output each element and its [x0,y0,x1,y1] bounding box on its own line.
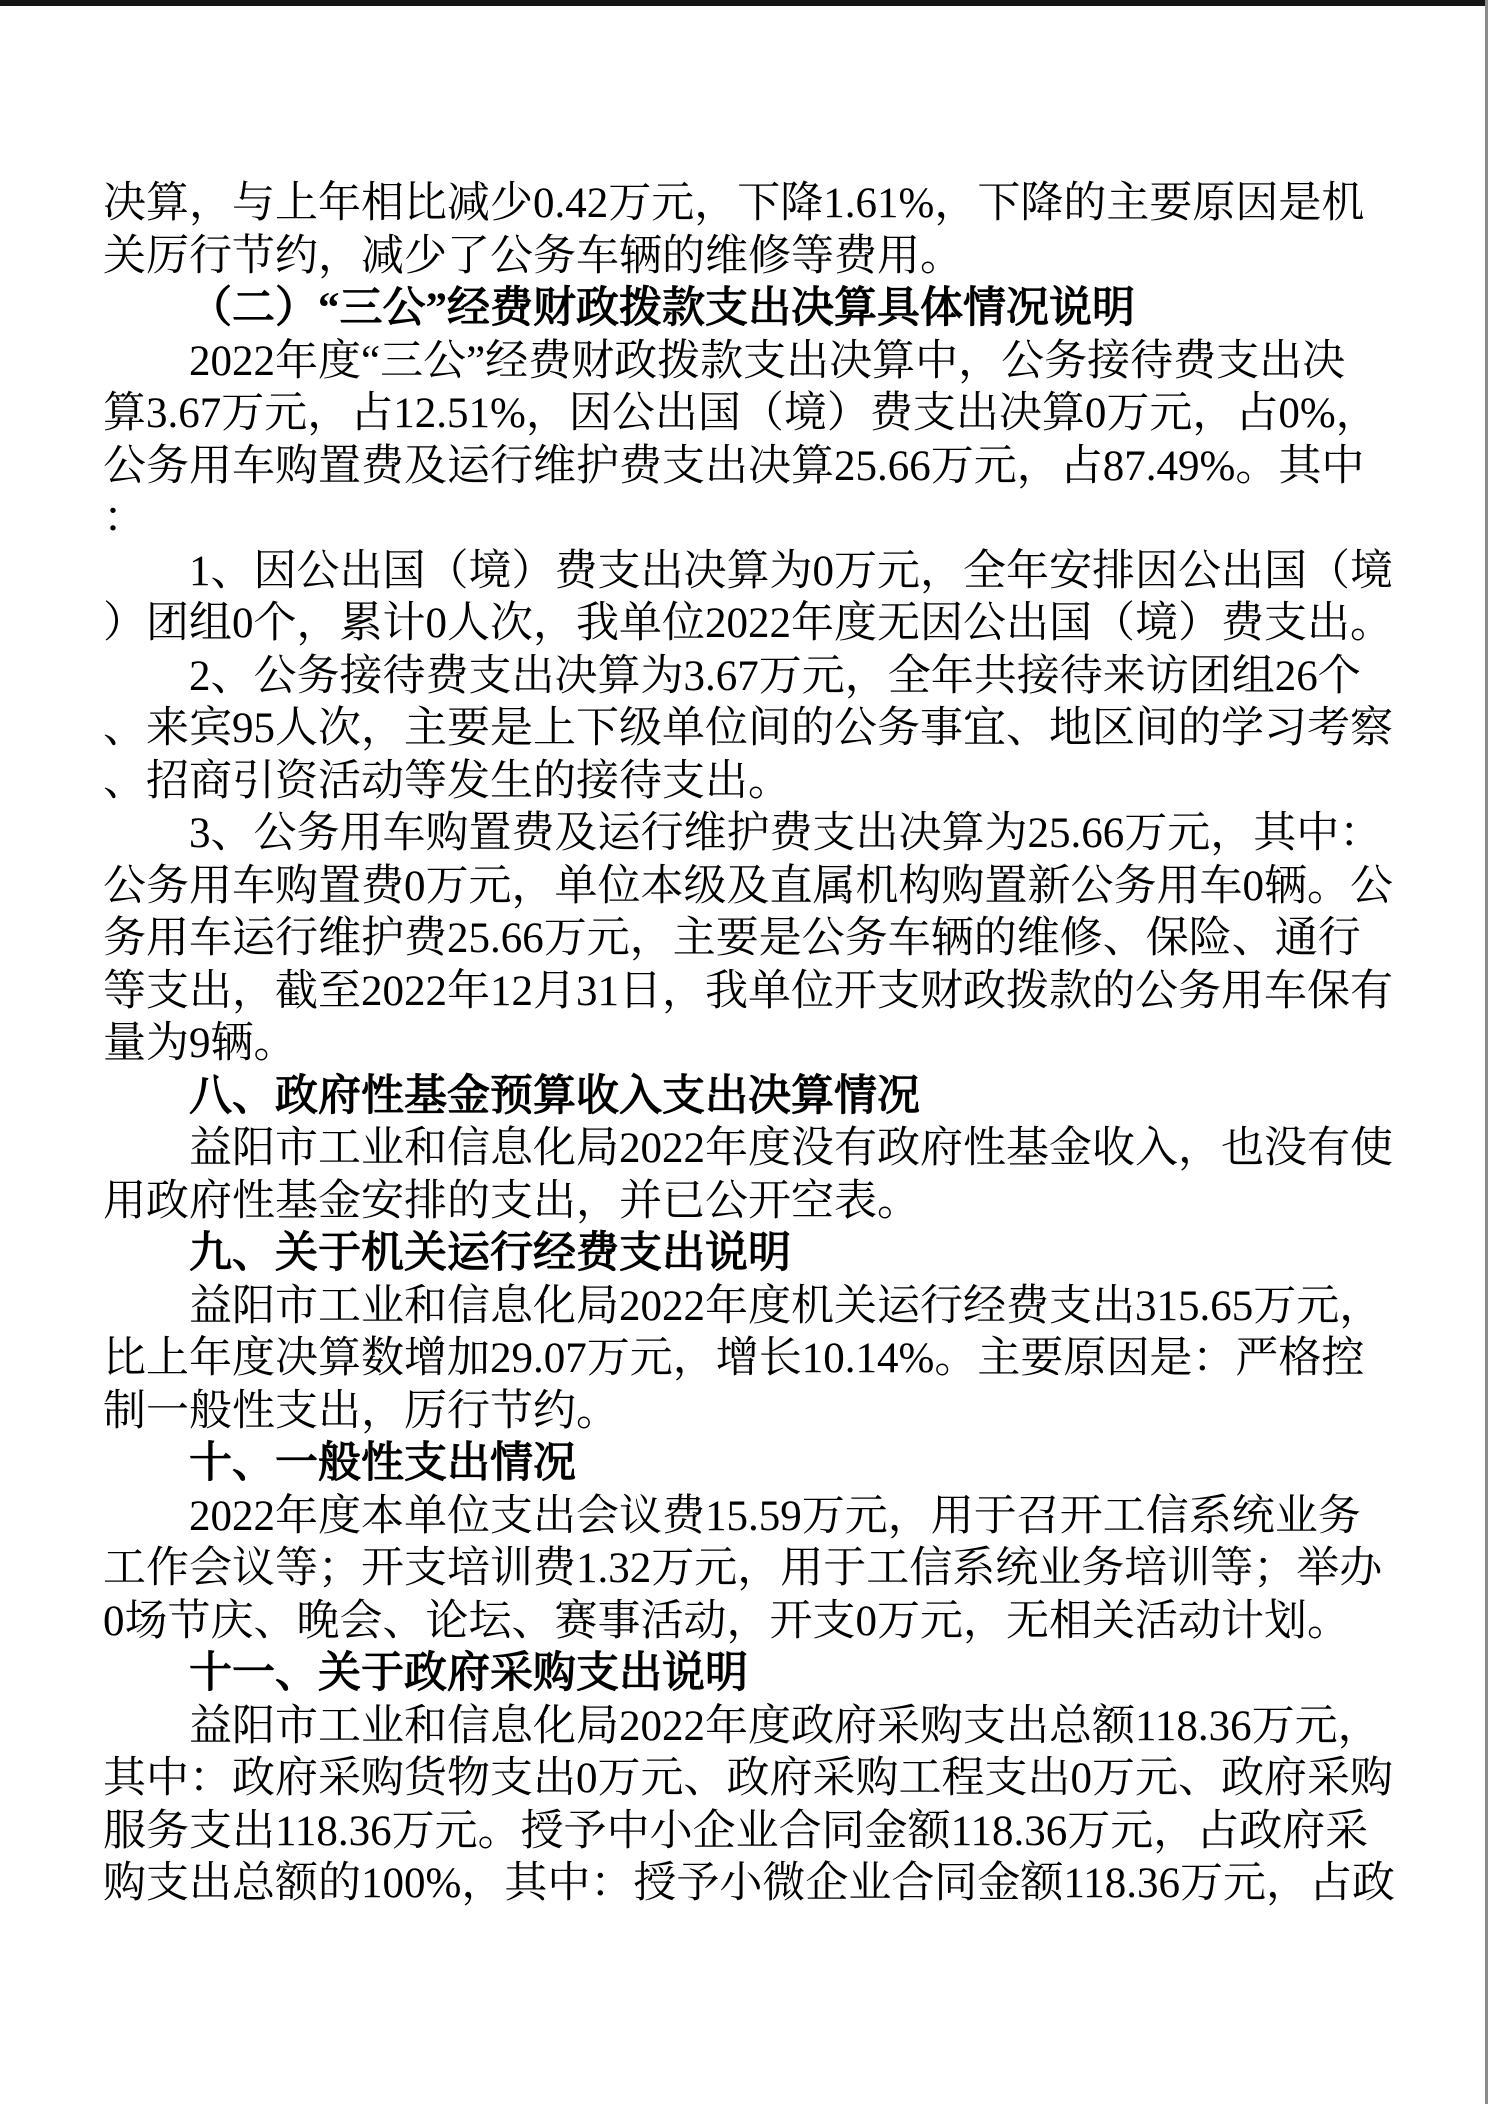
text-line: 工作会议等；开支培训费1.32万元，用于工信系统业务培训等；举办 [103,1543,1413,1596]
text-line: ： [103,493,1413,546]
text-line: 算3.67万元，占12.51%，因公出国（境）费支出决算0万元，占0%， [103,388,1413,441]
text-line: 等支出，截至2022年12月31日，我单位开支财政拨款的公务用车保有 [103,966,1413,1019]
text-line-item-2-reception-expense: 2、公务接待费支出决算为3.67万元，全年共接待来访团组26个 [103,651,1413,704]
text-line: 益阳市工业和信息化局2022年度政府采购支出总额118.36万元， [103,1701,1413,1754]
text-line: 决算，与上年相比减少0.42万元，下降1.61%，下降的主要原因是机 [103,178,1413,231]
text-line: 、来宾95人次，主要是上下级单位间的公务事宜、地区间的学习考察 [103,703,1413,756]
text-line: 2022年度“三公”经费财政拨款支出决算中，公务接待费支出决 [103,336,1413,389]
document-body-text: 决算，与上年相比减少0.42万元，下降1.61%，下降的主要原因是机 关厉行节约… [103,178,1413,1911]
heading-section-11-procurement: 十一、关于政府采购支出说明 [103,1648,1413,1701]
heading-three-public-funds-detail: （二）“三公”经费财政拨款支出决算具体情况说明 [103,283,1413,336]
text-line: 制一般性支出，厉行节约。 [103,1386,1413,1439]
heading-section-8-government-funds: 八、政府性基金预算收入支出决算情况 [103,1071,1413,1124]
document-page: 决算，与上年相比减少0.42万元，下降1.61%，下降的主要原因是机 关厉行节约… [0,0,1488,2104]
text-line: 益阳市工业和信息化局2022年度没有政府性基金收入，也没有使 [103,1123,1413,1176]
heading-section-10-general-expense: 十、一般性支出情况 [103,1438,1413,1491]
text-line: ）团组0个，累计0人次，我单位2022年度无因公出国（境）费支出。 [103,598,1413,651]
text-line: 2022年度本单位支出会议费15.59万元，用于召开工信系统业务 [103,1491,1413,1544]
text-line: 公务用车购置费及运行维护费支出决算25.66万元，占87.49%。其中 [103,441,1413,494]
text-line: 其中：政府采购货物支出0万元、政府采购工程支出0万元、政府采购 [103,1753,1413,1806]
text-line: 、招商引资活动等发生的接待支出。 [103,756,1413,809]
text-line-item-3-vehicle-expense: 3、公务用车购置费及运行维护费支出决算为25.66万元，其中： [103,808,1413,861]
text-line: 公务用车购置费0万元，单位本级及直属机构购置新公务用车0辆。公 [103,861,1413,914]
text-line: 比上年度决算数增加29.07万元，增长10.14%。主要原因是：严格控 [103,1333,1413,1386]
page-top-border [0,0,1488,6]
text-line: 购支出总额的100%，其中：授予小微企业合同金额118.36万元，占政 [103,1858,1413,1911]
text-line: 务用车运行维护费25.66万元，主要是公务车辆的维修、保险、通行 [103,913,1413,966]
text-line-item-1-abroad-expense: 1、因公出国（境）费支出决算为0万元，全年安排因公出国（境 [103,546,1413,599]
text-line: 用政府性基金安排的支出，并已公开空表。 [103,1176,1413,1229]
text-line: 0场节庆、晚会、论坛、赛事活动，开支0万元，无相关活动计划。 [103,1596,1413,1649]
text-line: 关厉行节约，减少了公务车辆的维修等费用。 [103,231,1413,284]
text-line: 益阳市工业和信息化局2022年度机关运行经费支出315.65万元， [103,1281,1413,1334]
text-line: 量为9辆。 [103,1018,1413,1071]
heading-section-9-operating-expense: 九、关于机关运行经费支出说明 [103,1228,1413,1281]
text-line: 服务支出118.36万元。授予中小企业合同金额118.36万元，占政府采 [103,1806,1413,1859]
